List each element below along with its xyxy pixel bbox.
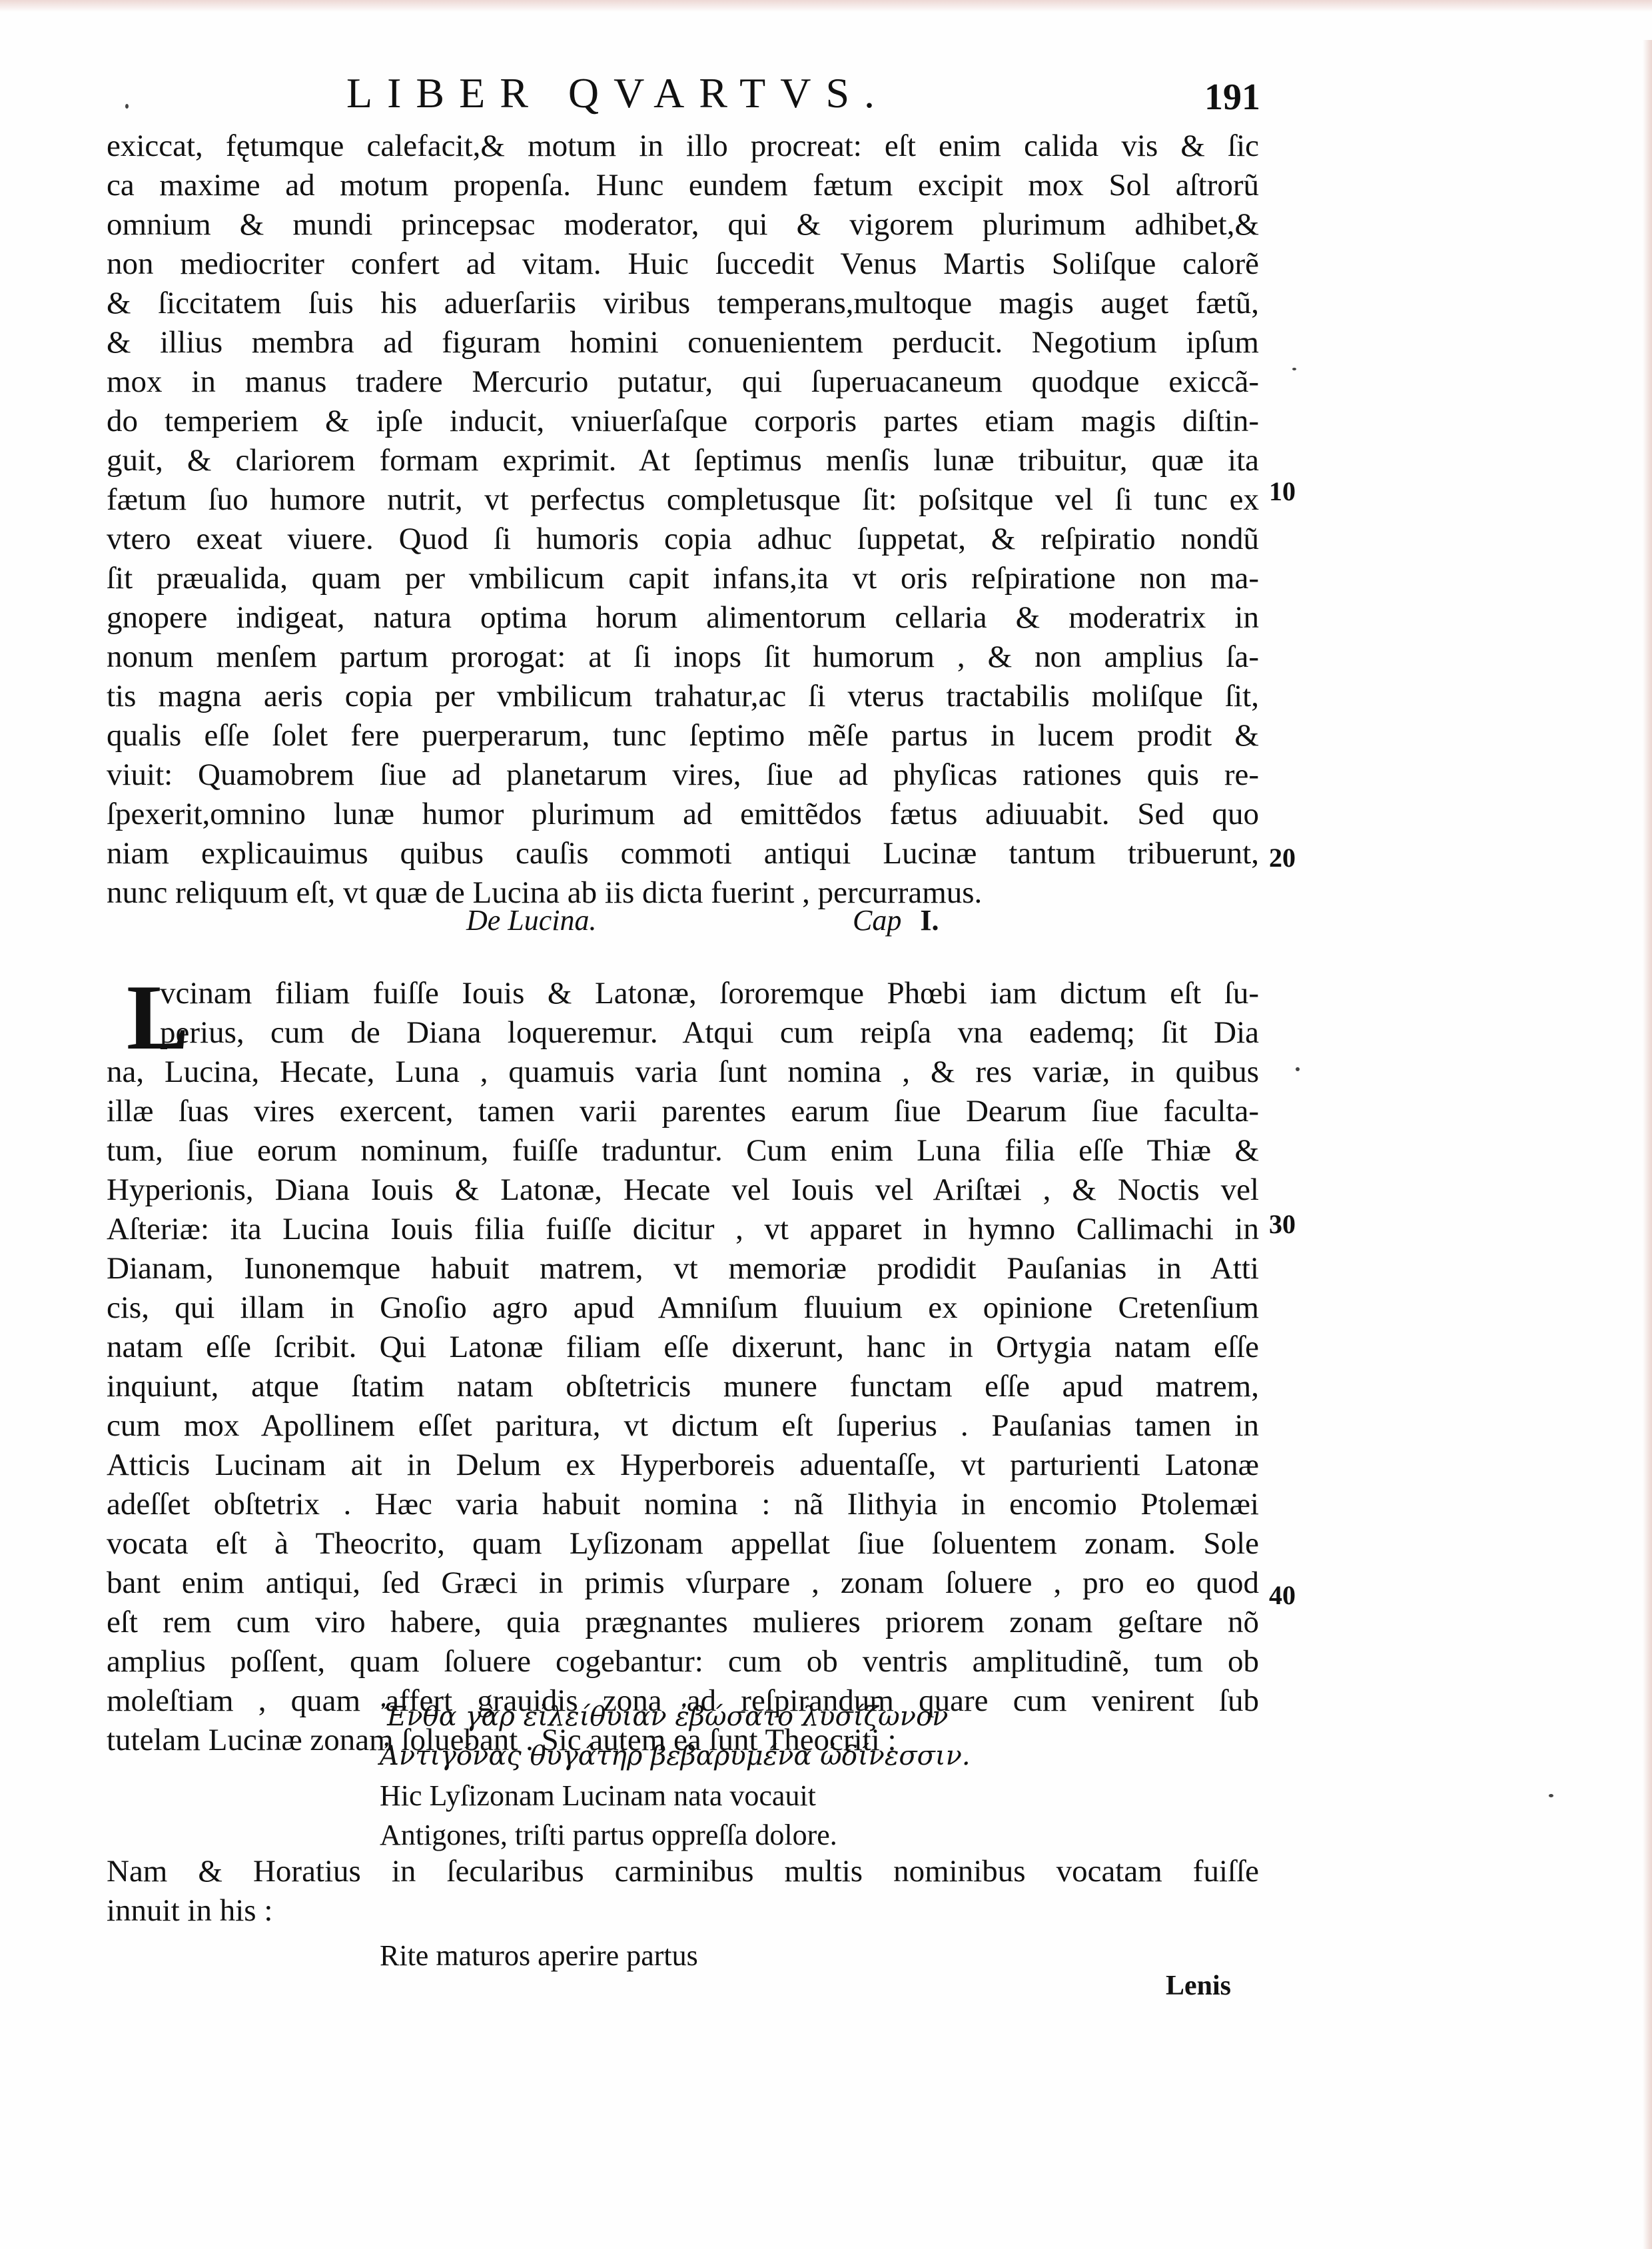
text-line: ca maxime ad motum propenſa. Hunc eundem…	[107, 166, 1259, 205]
greek-verse-line: Ἔνθα γὰρ εἰλείθυιαν ἐβώσατο λυσίζωνον	[380, 1697, 971, 1737]
text-line: Aſteriæ: ita Lucina Iouis filia fuiſſe d…	[107, 1210, 1259, 1249]
margin-line-number: 20	[1269, 845, 1296, 871]
verse-quotation-horace: Rite maturos aperire partus	[380, 1941, 698, 1971]
text-line: omnium & mundi princepsac moderator, qui…	[107, 205, 1259, 244]
text-line: mox in manus tradere Mercurio putatur, q…	[107, 362, 1259, 402]
text-line: & illius membra ad figuram homini conuen…	[107, 323, 1259, 362]
chapter-number: I.	[920, 904, 939, 937]
chapter-label: CapI.	[853, 906, 939, 935]
margin-line-number: 10	[1269, 478, 1296, 505]
text-line: tum, ſiue eorum nominum, fuiſſe traduntu…	[107, 1131, 1259, 1170]
text-line: viuit: Quamobrem ſiue ad planetarum vire…	[107, 755, 1259, 795]
catchword: Lenis	[1166, 1972, 1231, 2000]
text-line: & ſiccitatem ſuis his aduerſariis viribu…	[107, 284, 1259, 323]
text-line: fætum ſuo humore nutrit, vt perfectus co…	[107, 480, 1259, 520]
page-edge-top	[0, 0, 1652, 12]
text-line: innuit in his :	[107, 1891, 1259, 1931]
ink-speck	[1549, 1794, 1553, 1797]
ink-speck	[1292, 368, 1296, 370]
chapter-body: vcinam filiam fuiſſe Iouis & Latonæ, ſor…	[107, 974, 1259, 1760]
text-line: nunc reliquum eſt, vt quæ de Lucina ab i…	[107, 873, 1259, 913]
latin-verse-line: Antigones, triſti partus oppreſſa dolore…	[380, 1815, 971, 1855]
verse-quotation-theocritus: Ἔνθα γὰρ εἰλείθυιαν ἐβώσατο λυσίζωνον Ἀν…	[380, 1697, 971, 1855]
latin-verse-line: Hic Lyſizonam Lucinam nata vocauit	[380, 1776, 971, 1815]
chapter-title: De Lucina.	[466, 906, 597, 935]
margin-line-number: 30	[1269, 1211, 1296, 1238]
text-line: cis, qui illam in Gnoſio agro apud Amniſ…	[107, 1288, 1259, 1328]
text-line: vtero exeat viuere. Quod ſi humoris copi…	[107, 520, 1259, 559]
text-line: Atticis Lucinam ait in Delum ex Hyperbor…	[107, 1446, 1259, 1485]
book-page: LIBER QVARTVS. 191 exiccat, fętumque cal…	[0, 0, 1652, 2249]
text-line: cum mox Apollinem eſſet paritura, vt dic…	[107, 1406, 1259, 1446]
margin-line-number: 40	[1269, 1582, 1296, 1609]
ink-speck	[125, 104, 129, 109]
text-line: niam explicauimus quibus cauſis commoti …	[107, 834, 1259, 873]
running-title: LIBER QVARTVS.	[346, 72, 889, 115]
text-line: guit, & clariorem formam exprimit. At ſe…	[107, 441, 1259, 480]
text-line: tis magna aeris copia per vmbilicum trah…	[107, 677, 1259, 716]
text-line: inquiunt, atque ſtatim natam obſtetricis…	[107, 1367, 1259, 1406]
text-line: illæ ſuas vires exercent, tamen varii pa…	[107, 1092, 1259, 1131]
text-line: qualis eſſe ſolet fere puerperarum, tunc…	[107, 716, 1259, 755]
text-line: na, Lucina, Hecate, Luna , quamuis varia…	[107, 1053, 1259, 1092]
text-line: perius, cum de Diana loqueremur. Atqui c…	[107, 1013, 1259, 1053]
text-line: amplius poſſent, quam ſoluere cogebantur…	[107, 1642, 1259, 1681]
cap-label: Cap	[853, 904, 901, 937]
text-line: natam eſſe ſcribit. Qui Latonæ filiam eſ…	[107, 1328, 1259, 1367]
text-line: ſit præualida, quam per vmbilicum capit …	[107, 559, 1259, 598]
paragraph-horace: Nam & Horatius in ſecularibus carminibus…	[107, 1852, 1259, 1931]
text-line: non mediocriter confert ad vitam. Huic ſ…	[107, 244, 1259, 284]
paragraph-continuation: exiccat, fętumque calefacit,& motum in i…	[107, 127, 1259, 913]
greek-verse-line: Ἀντιγόνας θυγάτηρ βεβαρυμένα ὠδίνεσσιν.	[380, 1737, 971, 1776]
text-line: exiccat, fętumque calefacit,& motum in i…	[107, 127, 1259, 166]
text-line: adeſſet obſtetrix . Hæc varia habuit nom…	[107, 1485, 1259, 1524]
text-line: do temperiem & ipſe inducit, vniuerſaſqu…	[107, 402, 1259, 441]
text-line: Dianam, Iunonemque habuit matrem, vt mem…	[107, 1249, 1259, 1288]
text-line: ſpexerit,omnino lunæ humor plurimum ad e…	[107, 795, 1259, 834]
text-line: vcinam filiam fuiſſe Iouis & Latonæ, ſor…	[107, 974, 1259, 1013]
ink-speck	[1296, 1067, 1300, 1071]
text-line: gnopere indigeat, natura optima horum al…	[107, 598, 1259, 638]
text-line: Hyperionis, Diana Iouis & Latonæ, Hecate…	[107, 1170, 1259, 1210]
text-line: Nam & Horatius in ſecularibus carminibus…	[107, 1852, 1259, 1891]
text-line: vocata eſt à Theocrito, quam Lyſizonam a…	[107, 1524, 1259, 1564]
text-line: bant enim antiqui, ſed Græci in primis v…	[107, 1564, 1259, 1603]
text-line: eſt rem cum viro habere, quia prægnantes…	[107, 1603, 1259, 1642]
page-edge-right	[1643, 40, 1652, 2249]
page-number: 191	[1204, 79, 1260, 116]
text-line: nonum menſem partum prorogat: at ſi inop…	[107, 638, 1259, 677]
